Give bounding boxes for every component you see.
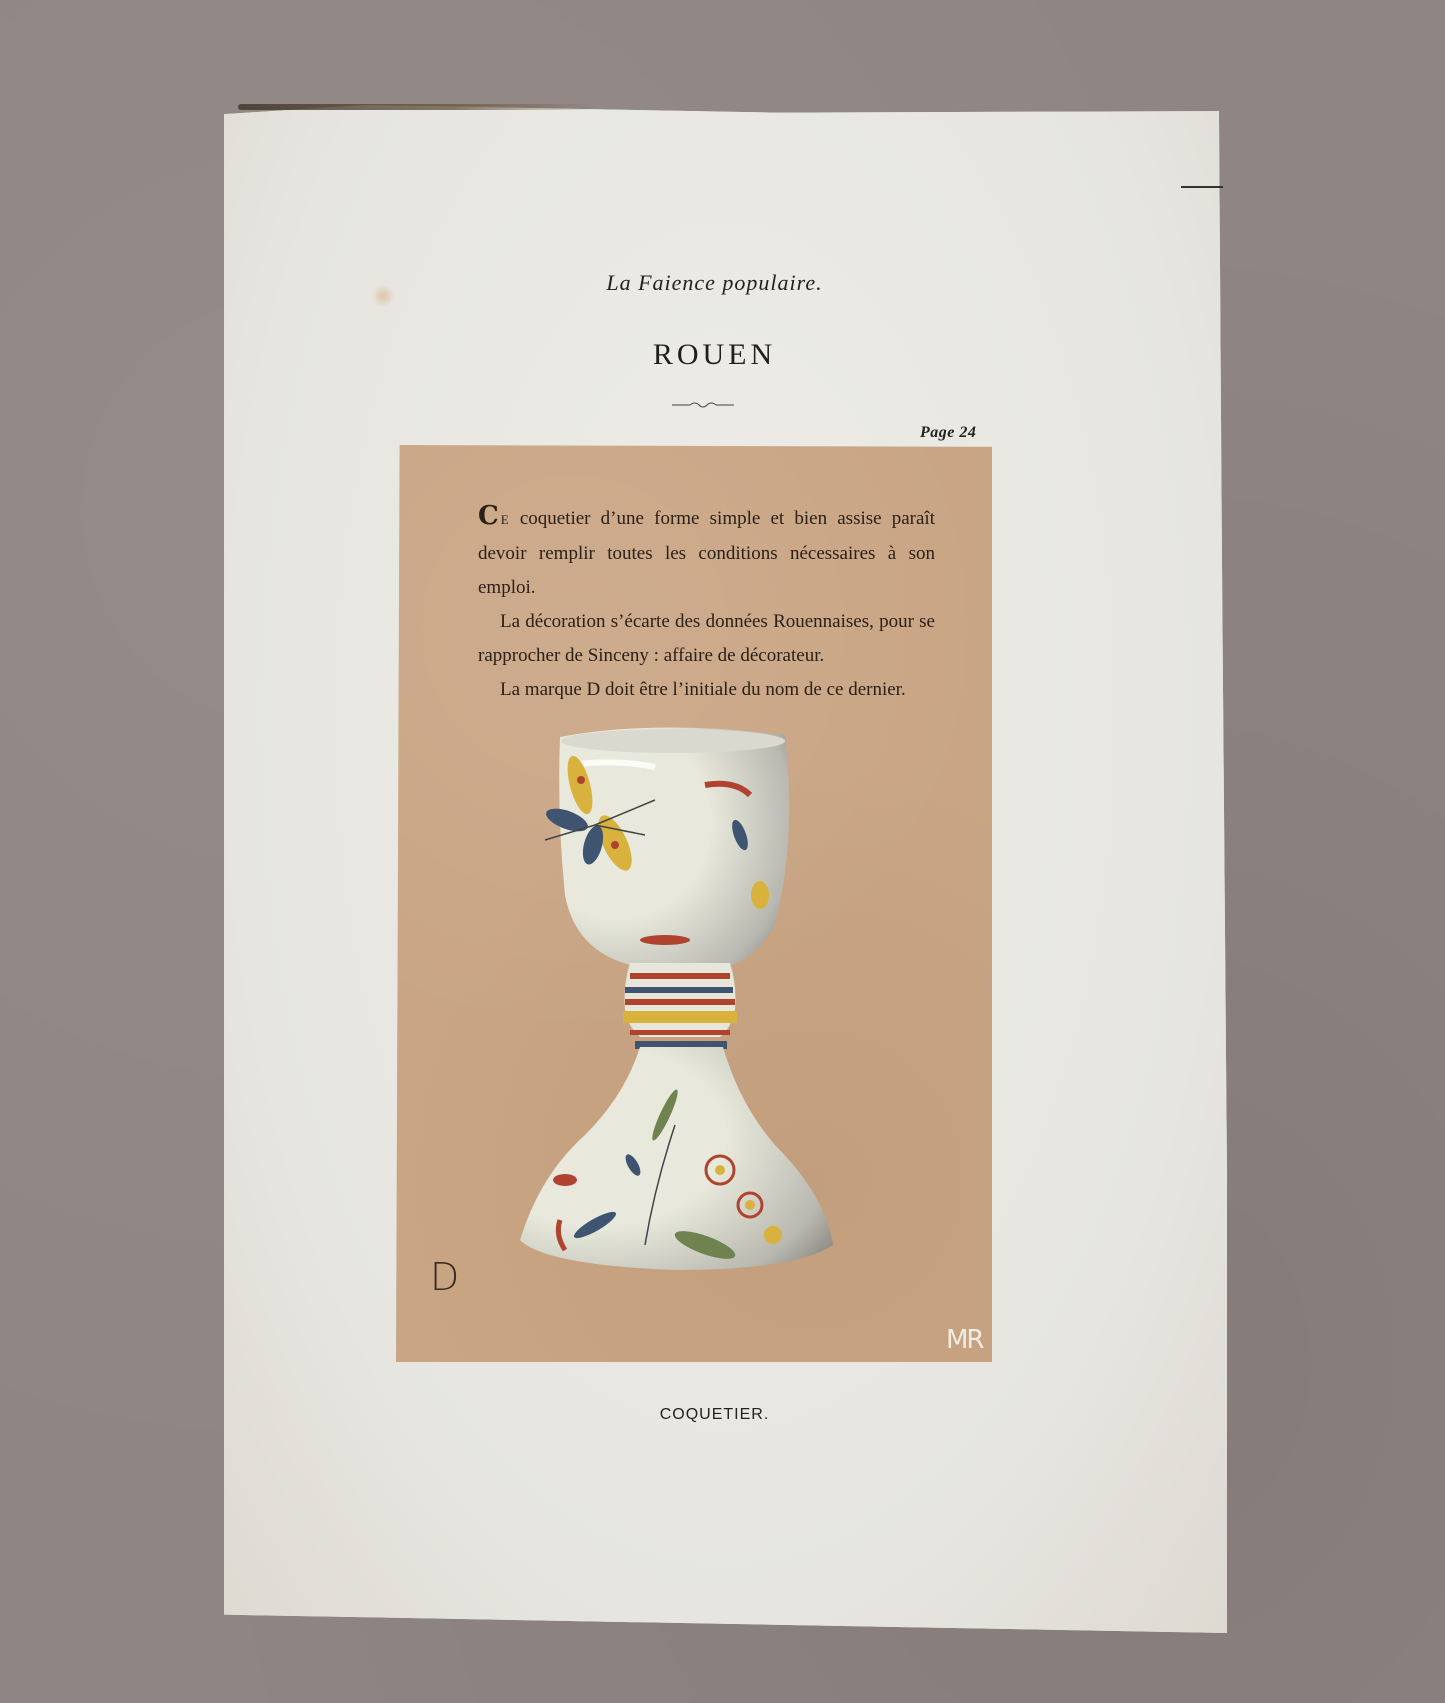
margin-tick-mark [1181, 186, 1223, 188]
plate-text: CE coquetier d’une forme simple et bien … [478, 502, 935, 707]
plate-caption: COQUETIER. [0, 1406, 1437, 1424]
torn-top-edge [238, 104, 598, 110]
paragraph-1: CE coquetier d’une forme simple et bien … [478, 502, 935, 605]
page-title: ROUEN [0, 338, 1437, 372]
paragraph-2: La décoration s’écarte des données Rouen… [478, 605, 935, 673]
dropcap-rest: E [501, 512, 510, 527]
page-reference: Page 24 [920, 424, 976, 442]
running-head: La Faience populaire. [0, 270, 1437, 296]
ornament-divider [672, 400, 734, 410]
eggcup-illustration [505, 725, 905, 1315]
paragraph-3: La marque D doit être l’initiale du nom … [478, 673, 935, 707]
dropcap: C [478, 501, 499, 531]
artist-monogram: MR [946, 1325, 983, 1355]
potter-mark-d: D [430, 1255, 459, 1299]
paragraph-1-text: coquetier d’une forme simple et bien ass… [478, 508, 935, 598]
